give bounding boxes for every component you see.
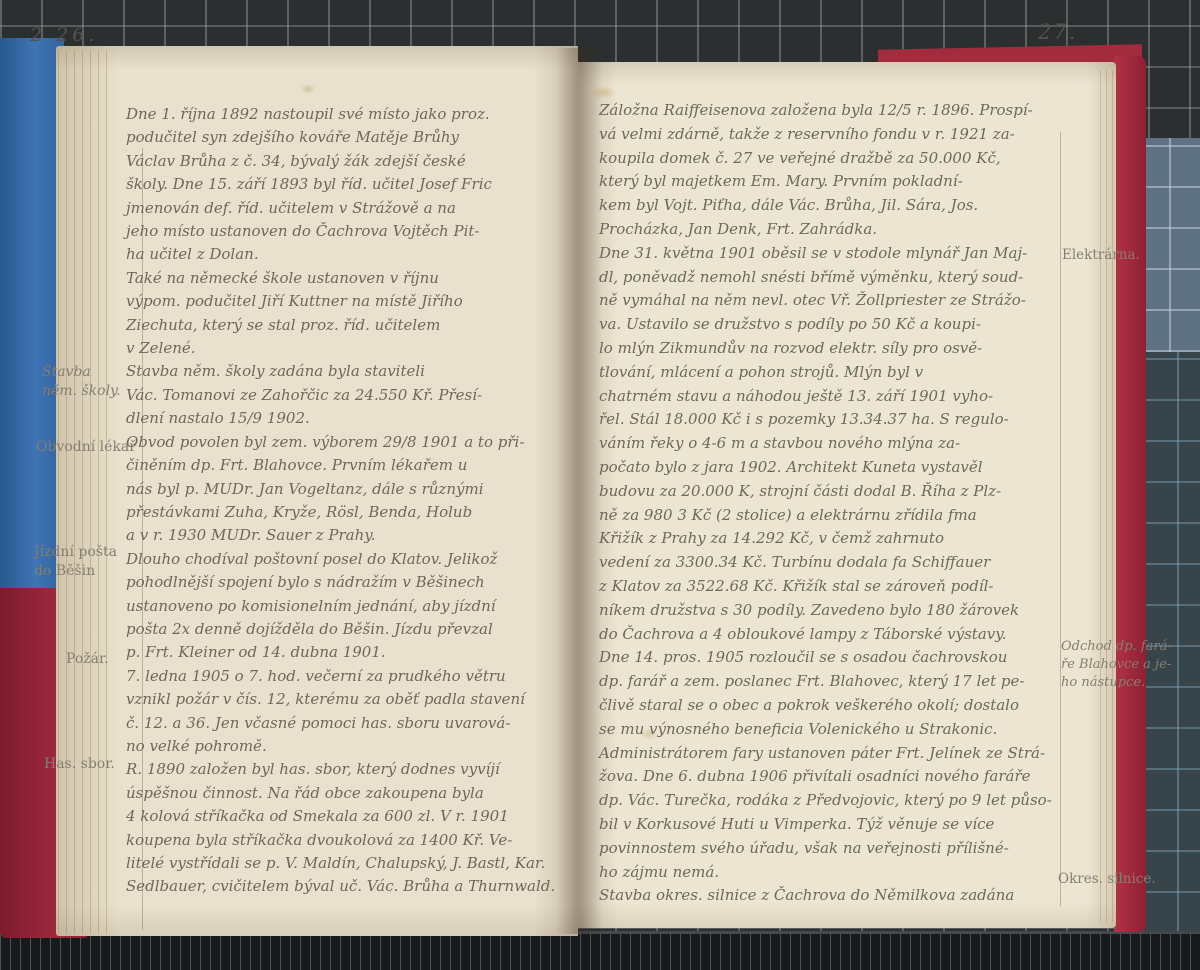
manuscript-line: lo mlýn Zikmundův na rozvod elektr. síly… [599, 337, 1065, 361]
manuscript-line: z Klatov za 3522.68 Kč. Křižík stal se z… [599, 575, 1065, 599]
margin-note-pozar: Požár. [66, 650, 109, 669]
manuscript-line: školy. Dne 15. září 1893 byl říd. učitel… [126, 173, 582, 196]
manuscript-line: vedení za 3300.34 Kč. Turbínu dodala fa … [599, 551, 1065, 575]
manuscript-line: Ziechuta, který se stal proz. říd. učite… [126, 314, 582, 337]
manuscript-line: Křižík z Prahy za 14.292 Kč, v čemž zahr… [599, 527, 1065, 551]
manuscript-line: litelé vystřídali se p. V. Maldín, Chalu… [126, 852, 582, 875]
page-edge-stack-right [1100, 70, 1116, 922]
manuscript-line: řel. Stál 18.000 Kč i s pozemky 13.34.37… [599, 408, 1065, 432]
manuscript-line: ně za 980 3 Kč (2 stolice) a elektrárnu … [599, 504, 1065, 528]
manuscript-line: ha učitel z Dolan. [126, 243, 582, 266]
margin-note-elektrarna: Elektrárna. [1062, 246, 1140, 265]
manuscript-line: bil v Korkusové Huti u Vimperka. Týž věn… [599, 813, 1065, 837]
manuscript-text-left-page: Dne 1. října 1892 nastoupil své místo ja… [126, 103, 582, 899]
manuscript-line: no velké pohromě. [126, 735, 582, 758]
manuscript-line: níkem družstva s 30 podíly. Zavedeno byl… [599, 599, 1065, 623]
manuscript-line: počato bylo z jara 1902. Architekt Kunet… [599, 456, 1065, 480]
manuscript-line: podučitel syn zdejšího kováře Matěje Brů… [126, 126, 582, 149]
manuscript-line: dl, poněvadž nemohl snésti břímě výměnku… [599, 266, 1065, 290]
manuscript-line: Dne 31. května 1901 oběsil se v stodole … [599, 242, 1065, 266]
manuscript-line: Obvod povolen byl zem. výborem 29/8 1901… [126, 431, 582, 454]
margin-note-jizdni-posta: Jízdní pošta do Běšin [34, 543, 117, 581]
paper-stain [300, 84, 316, 94]
manuscript-line: pohodlnější spojení bylo s nádražím v Bě… [126, 571, 582, 594]
page-edge-stack-left [58, 50, 110, 934]
manuscript-line: ustanoveno po komisionelním jednání, aby… [126, 595, 582, 618]
manuscript-line: úspěšnou činnost. Na řád obce zakoupena … [126, 782, 582, 805]
manuscript-line: Dne 14. pros. 1905 rozloučil se s osadou… [599, 646, 1065, 670]
margin-note-stavba-nem-skoly: Stavba něm. školy. [42, 363, 121, 401]
manuscript-line: Václav Brůha z č. 34, bývalý žák zdejší … [126, 150, 582, 173]
page-number-left: 2 26. [30, 24, 98, 46]
manuscript-line: Sedlbauer, cvičitelem býval uč. Vác. Brů… [126, 875, 582, 898]
page-number-right: 27. [1038, 20, 1077, 44]
manuscript-line: a v r. 1930 MUDr. Sauer z Prahy. [126, 524, 582, 547]
manuscript-line: činěním dp. Frt. Blahovce. Prvním lékaře… [126, 454, 582, 477]
manuscript-line: chatrném stavu a náhodou ještě 13. září … [599, 385, 1065, 409]
manuscript-line: koupena byla stříkačka dvoukolová za 140… [126, 829, 582, 852]
margin-note-obvodni-lekar: Obvodní lékař [36, 438, 136, 457]
manuscript-line: Procházka, Jan Denk, Frt. Zahrádka. [599, 218, 1065, 242]
manuscript-line: jeho místo ustanoven do Čachrova Vojtěch… [126, 220, 582, 243]
manuscript-line: přestávkami Zuha, Kryže, Rösl, Benda, Ho… [126, 501, 582, 524]
manuscript-line: povinnostem svého úřadu, však na veřejno… [599, 837, 1065, 861]
manuscript-line: dp. Vác. Turečka, rodáka z Předvojovic, … [599, 789, 1065, 813]
manuscript-line: výpom. podučitel Jiří Kuttner na místě J… [126, 290, 582, 313]
background-ruler-strip [0, 931, 1200, 970]
manuscript-line: koupila domek č. 27 ve veřejné dražbě za… [599, 147, 1065, 171]
manuscript-line: dlení nastalo 15/9 1902. [126, 407, 582, 430]
manuscript-line: budovu za 20.000 K, strojní části dodal … [599, 480, 1065, 504]
manuscript-line: váním řeky o 4-6 m a stavbou nového mlýn… [599, 432, 1065, 456]
manuscript-line: kem byl Vojt. Piťha, dále Vác. Brůha, Ji… [599, 194, 1065, 218]
manuscript-line: člivě staral se o obec a pokrok veškeréh… [599, 694, 1065, 718]
margin-note-okres-silnice: Okres. silnice. [1058, 870, 1156, 889]
manuscript-line: va. Ustavilo se družstvo s podíly po 50 … [599, 313, 1065, 337]
manuscript-line: Stavba okres. silnice z Čachrova do Němi… [599, 884, 1065, 908]
manuscript-line: nás byl p. MUDr. Jan Vogeltanz, dále s r… [126, 478, 582, 501]
manuscript-line: 4 kolová stříkačka od Smekala za 600 zl.… [126, 805, 582, 828]
manuscript-line: který byl majetkem Em. Mary. Prvním pokl… [599, 170, 1065, 194]
manuscript-line: vá velmi zdárně, takže z reservního fond… [599, 123, 1065, 147]
manuscript-line: ně vymáhal na něm nevl. otec Vř. Žollpri… [599, 289, 1065, 313]
margin-note-odchod-farare: Odchod dp. fará- ře Blahovce a je- ho ná… [1061, 638, 1172, 692]
manuscript-line: p. Frt. Kleiner od 14. dubna 1901. [126, 641, 582, 664]
manuscript-line: vznikl požár v čís. 12, kterému za oběť … [126, 688, 582, 711]
manuscript-line: Také na německé škole ustanoven v říjnu [126, 267, 582, 290]
manuscript-line: tlování, mlácení a pohon strojů. Mlýn by… [599, 361, 1065, 385]
manuscript-line: 7. ledna 1905 o 7. hod. večerní za prudk… [126, 665, 582, 688]
manuscript-line: č. 12. a 36. Jen včasné pomoci has. sbor… [126, 712, 582, 735]
manuscript-line: v Zelené. [126, 337, 582, 360]
paper-stain [590, 86, 616, 99]
manuscript-line: R. 1890 založen byl has. sbor, který dod… [126, 758, 582, 781]
manuscript-line: ho zájmu nemá. [599, 861, 1065, 885]
manuscript-line: Administrátorem fary ustanoven páter Frt… [599, 742, 1065, 766]
manuscript-line: Vác. Tomanovi ze Zahořčic za 24.550 Kř. … [126, 384, 582, 407]
manuscript-text-right-page: Záložna Raiffeisenova založena byla 12/5… [599, 99, 1065, 908]
manuscript-line: pošta 2x denně dojížděla do Běšin. Jízdu… [126, 618, 582, 641]
manuscript-line: do Čachrova a 4 obloukové lampy z Tábors… [599, 623, 1065, 647]
manuscript-line: dp. farář a zem. poslanec Frt. Blahovec,… [599, 670, 1065, 694]
manuscript-line: Stavba něm. školy zadána byla staviteli [126, 360, 582, 383]
manuscript-line: jmenován def. říd. učitelem v Strážově a… [126, 197, 582, 220]
manuscript-line: žova. Dne 6. dubna 1906 přivítali osadní… [599, 765, 1065, 789]
manuscript-line: Záložna Raiffeisenova založena byla 12/5… [599, 99, 1065, 123]
manuscript-line: Dne 1. října 1892 nastoupil své místo ja… [126, 103, 582, 126]
manuscript-line: se mu výnosného beneficia Volenického u … [599, 718, 1065, 742]
book-cover-red-right [1114, 56, 1146, 932]
margin-note-has-sbor: Has. sbor. [44, 755, 115, 774]
manuscript-line: Dlouho chodíval poštovní posel do Klatov… [126, 548, 582, 571]
